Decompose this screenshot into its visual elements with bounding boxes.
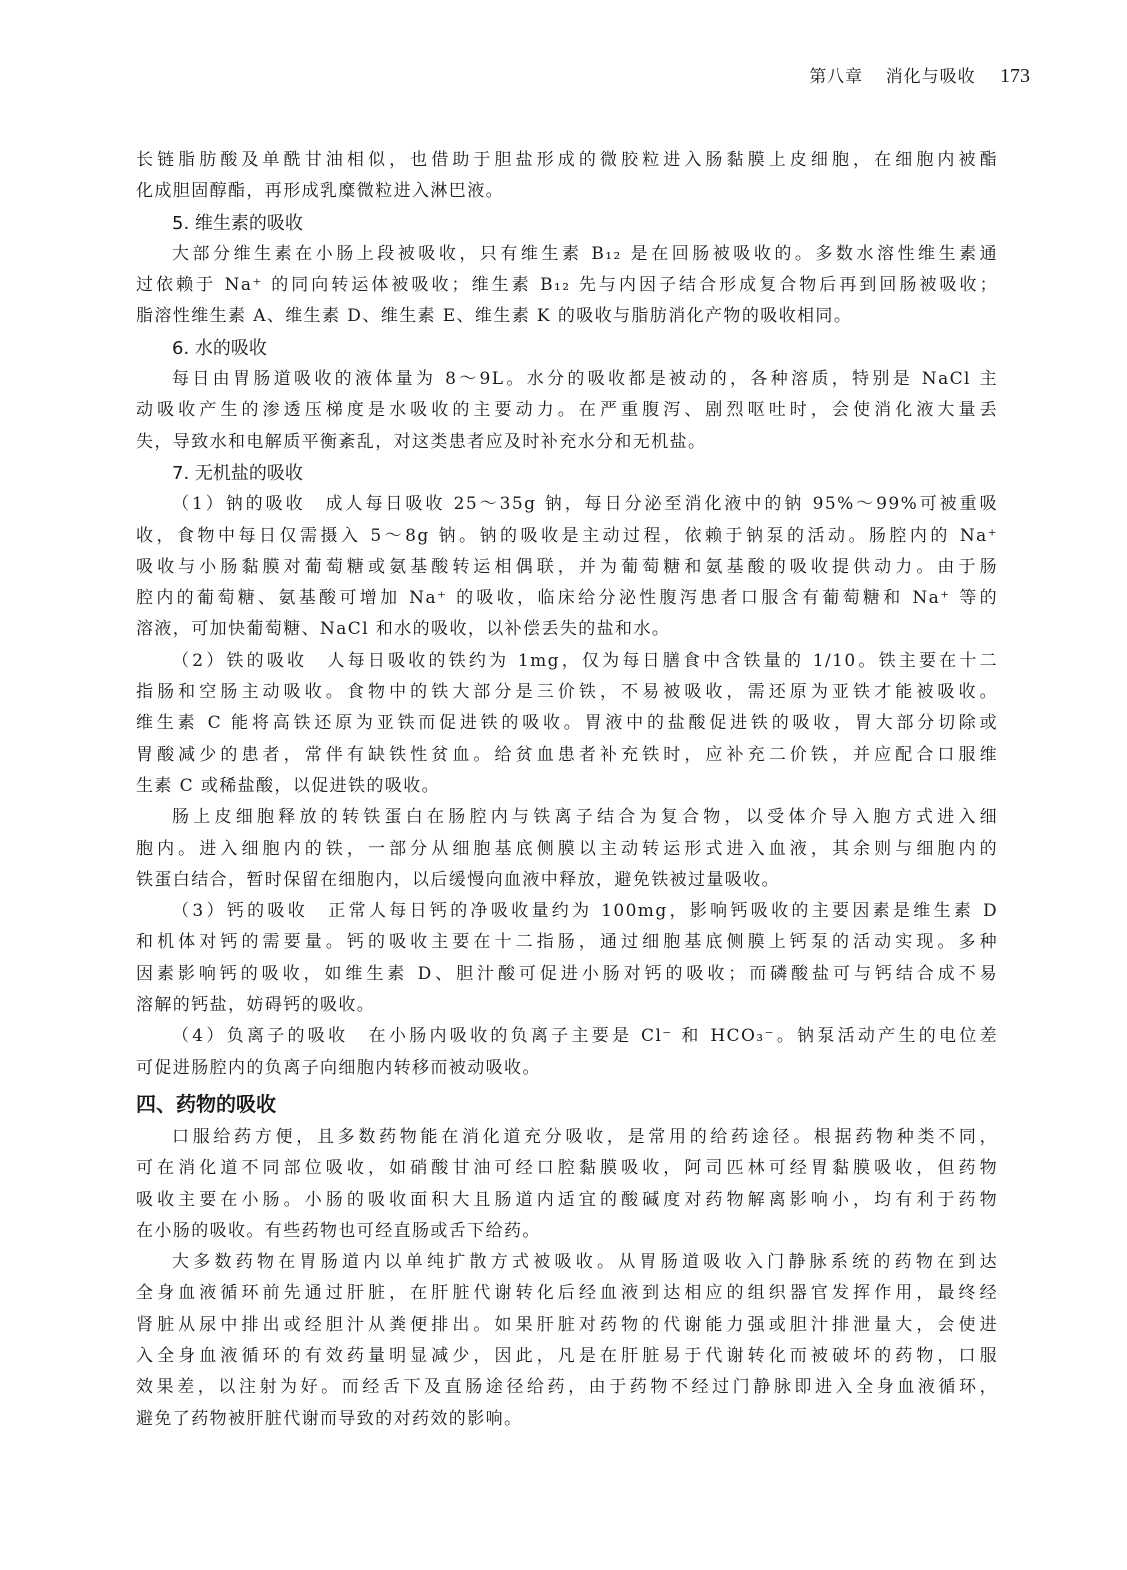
paragraph-transferrin: 肠上皮细胞释放的转铁蛋白在肠腔内与铁离子结合为复合物，以受体介导入胞方式进入细 … bbox=[136, 802, 998, 896]
text-line: （2）铁的吸收 人每日吸收的铁约为 1mg，仅为每日膳食中含铁量的 1/10。铁… bbox=[136, 646, 998, 677]
text-line: 铁蛋白结合，暂时保留在细胞内，以后缓慢向血液中释放，避免铁被过量吸收。 bbox=[136, 865, 998, 896]
text-line: 胞内。进入细胞内的铁，一部分从细胞基底侧膜以主动转运形式进入血液，其余则与细胞内… bbox=[136, 834, 998, 865]
sub-heading-vitamins: 5. 维生素的吸收 bbox=[136, 208, 998, 239]
sub-heading-water: 6. 水的吸收 bbox=[136, 333, 998, 364]
text-line: 胃酸减少的患者，常伴有缺铁性贫血。给贫血患者补充铁时，应补充二价铁，并应配合口服… bbox=[136, 740, 998, 771]
text-line: 化成胆固醇酯，再形成乳糜微粒进入淋巴液。 bbox=[136, 176, 998, 207]
text-line: 在小肠的吸收。有些药物也可经直肠或舌下给药。 bbox=[136, 1216, 998, 1247]
chapter-title: 消化与吸收 bbox=[886, 67, 976, 87]
text-line: 大部分维生素在小肠上段被吸收，只有维生素 B₁₂ 是在回肠被吸收的。多数水溶性维… bbox=[136, 239, 998, 270]
text-line: 过依赖于 Na⁺ 的同向转运体被吸收；维生素 B₁₂ 先与内因子结合形成复合物后… bbox=[136, 270, 998, 301]
paragraph-iron: （2）铁的吸收 人每日吸收的铁约为 1mg，仅为每日膳食中含铁量的 1/10。铁… bbox=[136, 646, 998, 802]
paragraph-calcium: （3）钙的吸收 正常人每日钙的净吸收量约为 100mg，影响钙吸收的主要因素是维… bbox=[136, 896, 998, 1021]
text-line: 生素 C 或稀盐酸，以促进铁的吸收。 bbox=[136, 771, 998, 802]
paragraph-anions: （4）负离子的吸收 在小肠内吸收的负离子主要是 Cl⁻ 和 HCO₃⁻。钠泵活动… bbox=[136, 1021, 998, 1084]
text-line: 效果差，以注射为好。而经舌下及直肠途径给药，由于药物不经过门静脉即进入全身血液循… bbox=[136, 1372, 998, 1403]
section-heading-drug-absorption: 四、药物的吸收 bbox=[136, 1086, 998, 1122]
paragraph-sodium: （1）钠的吸收 成人每日吸收 25～35g 钠，每日分泌至消化液中的钠 95%～… bbox=[136, 489, 998, 645]
paragraph: 每日由胃肠道吸收的液体量为 8～9L。水分的吸收都是被动的，各种溶质，特别是 N… bbox=[136, 364, 998, 458]
paragraph-first-pass: 大多数药物在胃肠道内以单纯扩散方式被吸收。从胃肠道吸收入门静脉系统的药物在到达 … bbox=[136, 1247, 998, 1435]
text-line: 全身血液循环前先通过肝脏，在肝脏代谢转化后经血液到达相应的组织器官发挥作用，最终… bbox=[136, 1278, 998, 1309]
text-line: 吸收与小肠黏膜对葡萄糖或氨基酸转运相偶联，并为葡萄糖和氨基酸的吸收提供动力。由于… bbox=[136, 552, 998, 583]
chapter-label: 第八章 bbox=[809, 67, 863, 87]
text-line: 长链脂肪酸及单酰甘油相似，也借助于胆盐形成的微胶粒进入肠黏膜上皮细胞，在细胞内被… bbox=[136, 145, 998, 176]
text-line: 维生素 C 能将高铁还原为亚铁而促进铁的吸收。胃液中的盐酸促进铁的吸收，胃大部分… bbox=[136, 708, 998, 739]
text-line: 脂溶性维生素 A、维生素 D、维生素 E、维生素 K 的吸收与脂肪消化产物的吸收… bbox=[136, 301, 998, 332]
text-line: 肠上皮细胞释放的转铁蛋白在肠腔内与铁离子结合为复合物，以受体介导入胞方式进入细 bbox=[136, 802, 998, 833]
running-header: 第八章 消化与吸收 173 bbox=[809, 62, 1030, 88]
paragraph: 大部分维生素在小肠上段被吸收，只有维生素 B₁₂ 是在回肠被吸收的。多数水溶性维… bbox=[136, 239, 998, 333]
text-line: 溶解的钙盐，妨碍钙的吸收。 bbox=[136, 990, 998, 1021]
paragraph: 长链脂肪酸及单酰甘油相似，也借助于胆盐形成的微胶粒进入肠黏膜上皮细胞，在细胞内被… bbox=[136, 145, 998, 208]
text-line: （3）钙的吸收 正常人每日钙的净吸收量约为 100mg，影响钙吸收的主要因素是维… bbox=[136, 896, 998, 927]
text-line: 因素影响钙的吸收，如维生素 D、胆汁酸可促进小肠对钙的吸收；而磷酸盐可与钙结合成… bbox=[136, 959, 998, 990]
text-line: 口服给药方便，且多数药物能在消化道充分吸收，是常用的给药途径。根据药物种类不同， bbox=[136, 1122, 998, 1153]
text-line: （1）钠的吸收 成人每日吸收 25～35g 钠，每日分泌至消化液中的钠 95%～… bbox=[136, 489, 998, 520]
text-line: 溶液，可加快葡萄糖、NaCl 和水的吸收，以补偿丢失的盐和水。 bbox=[136, 614, 998, 645]
text-line: 大多数药物在胃肠道内以单纯扩散方式被吸收。从胃肠道吸收入门静脉系统的药物在到达 bbox=[136, 1247, 998, 1278]
paragraph-oral-admin: 口服给药方便，且多数药物能在消化道充分吸收，是常用的给药途径。根据药物种类不同，… bbox=[136, 1122, 998, 1247]
page-body: 长链脂肪酸及单酰甘油相似，也借助于胆盐形成的微胶粒进入肠黏膜上皮细胞，在细胞内被… bbox=[136, 145, 998, 1435]
text-line: 可促进肠腔内的负离子向细胞内转移而被动吸收。 bbox=[136, 1053, 998, 1084]
text-line: 失，导致水和电解质平衡紊乱，对这类患者应及时补充水分和无机盐。 bbox=[136, 427, 998, 458]
page-number: 173 bbox=[1000, 65, 1030, 87]
text-line: （4）负离子的吸收 在小肠内吸收的负离子主要是 Cl⁻ 和 HCO₃⁻。钠泵活动… bbox=[136, 1021, 998, 1052]
text-line: 腔内的葡萄糖、氨基酸可增加 Na⁺ 的吸收，临床给分泌性腹泻患者口服含有葡萄糖和… bbox=[136, 583, 998, 614]
text-line: 和机体对钙的需要量。钙的吸收主要在十二指肠，通过细胞基底侧膜上钙泵的活动实现。多… bbox=[136, 927, 998, 958]
text-line: 每日由胃肠道吸收的液体量为 8～9L。水分的吸收都是被动的，各种溶质，特别是 N… bbox=[136, 364, 998, 395]
text-line: 避免了药物被肝脏代谢而导致的对药效的影响。 bbox=[136, 1404, 998, 1435]
text-line: 动吸收产生的渗透压梯度是水吸收的主要动力。在严重腹泻、剧烈呕吐时，会使消化液大量… bbox=[136, 395, 998, 426]
sub-heading-minerals: 7. 无机盐的吸收 bbox=[136, 458, 998, 489]
text-line: 肾脏从尿中排出或经胆汁从粪便排出。如果肝脏对药物的代谢能力强或胆汁排泄量大，会使… bbox=[136, 1310, 998, 1341]
text-line: 收，食物中每日仅需摄入 5～8g 钠。钠的吸收是主动过程，依赖于钠泵的活动。肠腔… bbox=[136, 521, 998, 552]
text-line: 吸收主要在小肠。小肠的吸收面积大且肠道内适宜的酸碱度对药物解离影响小，均有利于药… bbox=[136, 1185, 998, 1216]
text-line: 可在消化道不同部位吸收，如硝酸甘油可经口腔黏膜吸收，阿司匹林可经胃黏膜吸收，但药… bbox=[136, 1153, 998, 1184]
text-line: 入全身血液循环的有效药量明显减少，因此，凡是在肝脏易于代谢转化而被破坏的药物，口… bbox=[136, 1341, 998, 1372]
text-line: 指肠和空肠主动吸收。食物中的铁大部分是三价铁，不易被吸收，需还原为亚铁才能被吸收… bbox=[136, 677, 998, 708]
